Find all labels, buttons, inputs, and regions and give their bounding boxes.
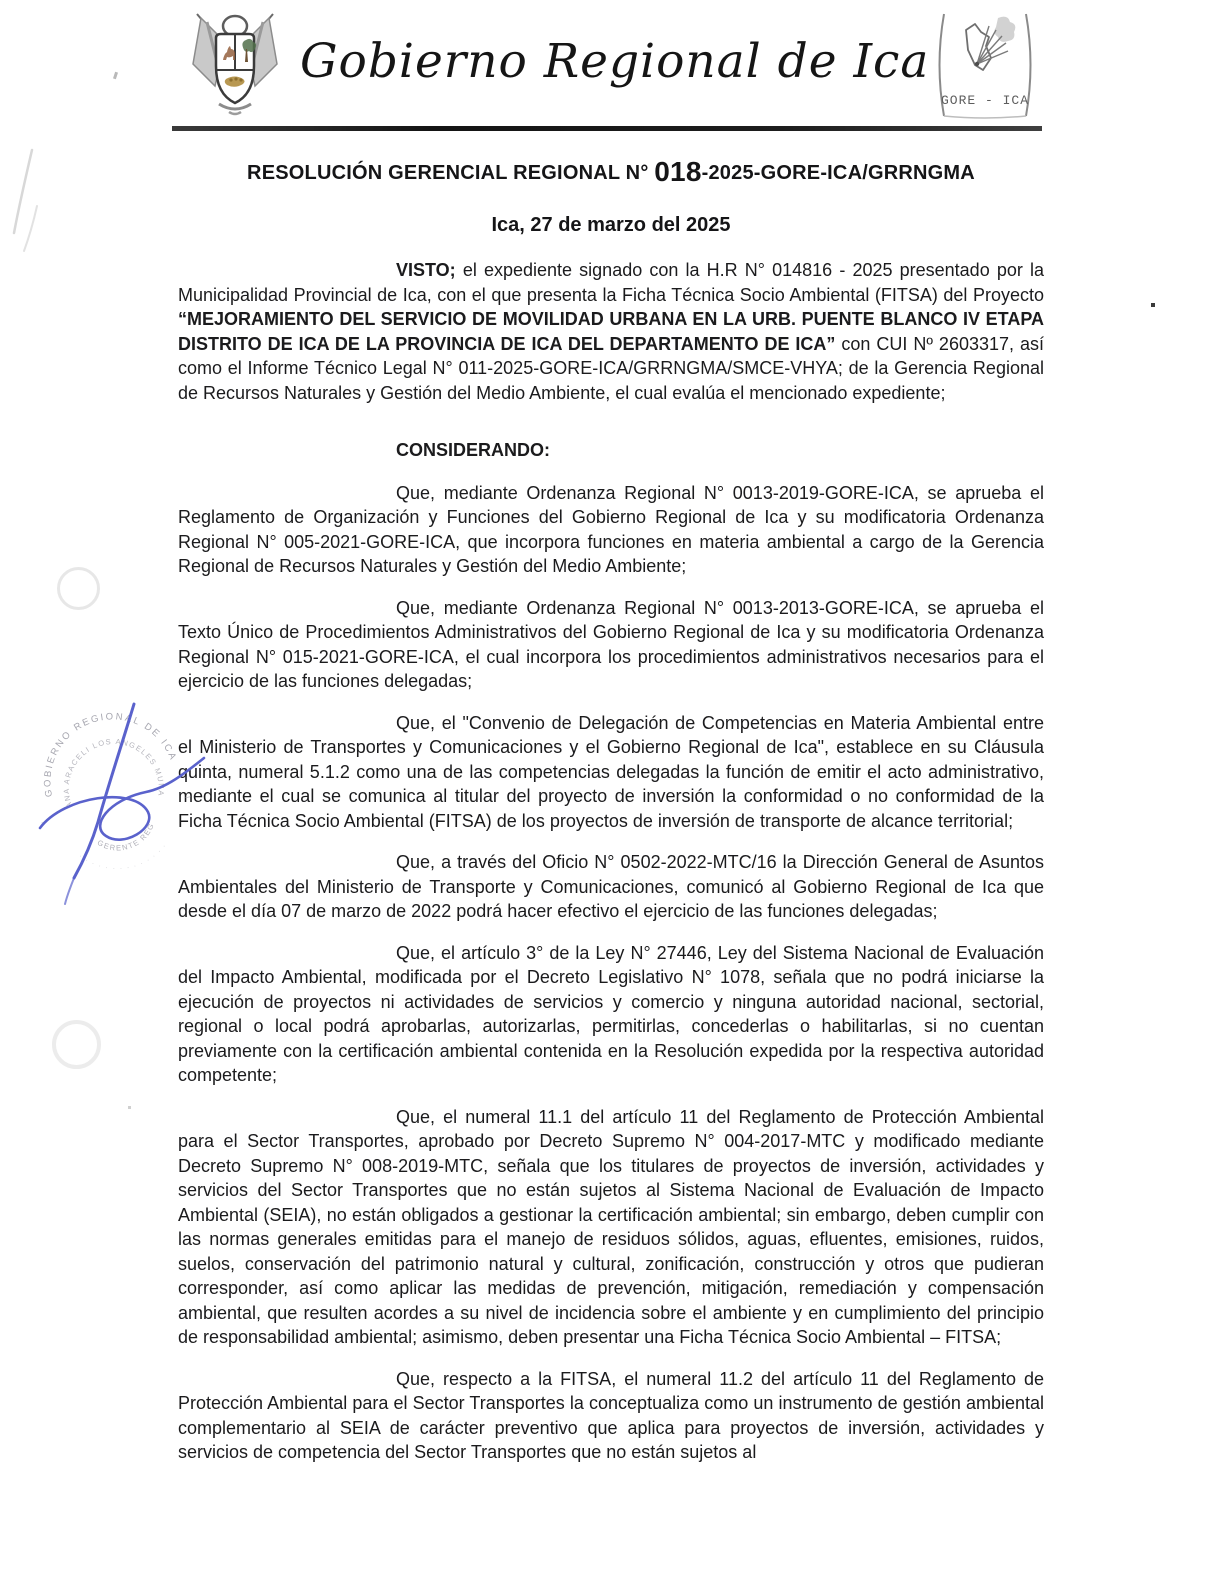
considerando-paragraph: Que, a través del Oficio N° 0502-2022-MT… [178,850,1044,924]
logo-caption: GORE - ICA [932,93,1038,108]
considerando-heading: CONSIDERANDO: [178,438,1044,463]
considerando-paragraph: Que, mediante Ordenanza Regional N° 0013… [178,481,1044,579]
resolution-title-prefix: RESOLUCIÓN GERENCIAL REGIONAL N° [247,162,654,184]
gore-ica-logo: GORE - ICA [932,8,1038,122]
scan-speck [113,72,118,80]
peru-coat-of-arms-icon [185,8,285,124]
official-stamp-and-signature: GOBIERNO REGIONAL DE ICA ANA ARACELI LOS… [6,698,238,930]
place-date-line: Ica, 27 de marzo del 2025 [178,214,1044,237]
considerando-paragraph: Que, el "Convenio de Delegación de Compe… [178,711,1044,834]
hole-punch-mark [57,567,100,610]
header-divider [172,126,1042,131]
scan-speck [128,1106,131,1109]
visto-label: VISTO; [396,260,456,280]
resolution-document-page: Gobierno Regional de Ica GORE - ICA RESO [0,0,1224,1584]
visto-paragraph: VISTO; el expediente signado con la H.R … [178,258,1044,405]
resolution-number: 018 [654,156,701,187]
scan-speck [1151,303,1155,307]
scan-scratch-mark [8,148,56,268]
org-name-script-title: Gobierno Regional de Ica [300,34,920,89]
considerando-paragraph: Que, el numeral 11.1 del artículo 11 del… [178,1105,1044,1350]
resolution-title-suffix: -2025-GORE-ICA/GRRNGMA [702,162,975,184]
hole-punch-mark [52,1020,101,1069]
considerando-paragraph: Que, respecto a la FITSA, el numeral 11.… [178,1367,1044,1465]
svg-text:–: – [184,791,193,803]
document-body: VISTO; el expediente signado con la H.R … [178,258,1044,1482]
considerando-paragraph: Que, mediante Ordenanza Regional N° 0013… [178,596,1044,694]
visto-text-before-project: el expediente signado con la H.R N° 0148… [178,260,1044,305]
resolution-title: RESOLUCIÓN GERENCIAL REGIONAL N° 018-202… [178,162,1044,185]
considerando-paragraph: Que, el artículo 3° de la Ley N° 27446, … [178,941,1044,1088]
